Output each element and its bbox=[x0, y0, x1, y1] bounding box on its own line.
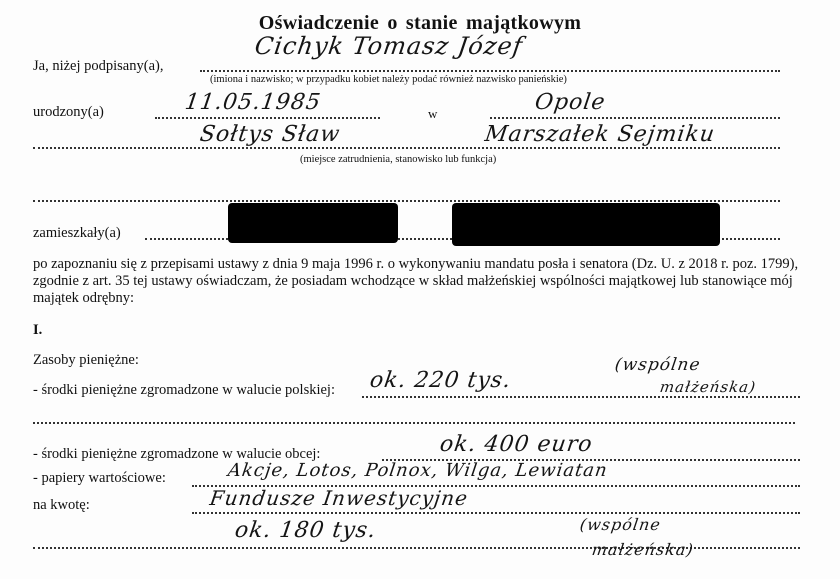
employment-line[interactable] bbox=[33, 147, 780, 149]
section-number: I. bbox=[33, 322, 42, 339]
extra-line[interactable] bbox=[33, 200, 780, 202]
born-place-handwriting: Opole bbox=[533, 90, 607, 115]
born-date-line[interactable] bbox=[155, 117, 380, 119]
name-hint: (imiona i nazwisko; w przypadku kobiet n… bbox=[210, 74, 567, 85]
pln-handwriting: ok. 220 tys. bbox=[368, 368, 513, 393]
name-handwriting: Cichyk Tomasz Józef bbox=[253, 32, 525, 60]
securities-handwriting: Akcje, Lotos, Polnox, Wilga, Lewiatan bbox=[227, 460, 610, 481]
redaction-block-2 bbox=[452, 203, 720, 246]
declaration-paragraph: po zapoznaniu się z przepisami ustawy z … bbox=[33, 256, 813, 307]
pln-note-2: małżeńska) bbox=[659, 378, 758, 396]
amount-note-1: (wspólne bbox=[579, 515, 663, 534]
section-title: Zasoby pieniężne: bbox=[33, 352, 139, 369]
born-place-line[interactable] bbox=[490, 117, 780, 119]
amount-label: na kwotę: bbox=[33, 497, 90, 514]
name-field-line[interactable] bbox=[200, 70, 780, 72]
born-date-handwriting: 11.05.1985 bbox=[183, 90, 322, 115]
redaction-block-1 bbox=[228, 203, 398, 243]
born-label: urodzony(a) bbox=[33, 104, 104, 121]
amount-handwriting-2: ok. 180 tys. bbox=[233, 518, 378, 543]
amount-handwriting-1: Fundusze Inwestycyjne bbox=[208, 486, 469, 510]
pln-label: - środki pieniężne zgromadzone w walucie… bbox=[33, 382, 335, 399]
employment-handwriting-right: Marszałek Sejmiku bbox=[483, 122, 716, 147]
name-label: Ja, niżej podpisany(a), bbox=[33, 58, 163, 75]
securities-label: - papiery wartościowe: bbox=[33, 470, 166, 487]
foreign-handwriting: ok. 400 euro bbox=[438, 432, 594, 457]
employment-handwriting-left: Sołtys Sław bbox=[198, 122, 342, 147]
amount-line[interactable] bbox=[192, 512, 800, 514]
pln-extra-line[interactable] bbox=[33, 422, 795, 424]
pln-line[interactable] bbox=[362, 396, 800, 398]
employment-hint: (miejsce zatrudnienia, stanowisko lub fu… bbox=[300, 154, 496, 165]
amount-note-2: małżeńska) bbox=[591, 540, 695, 559]
born-in-label: w bbox=[428, 106, 437, 122]
pln-note-1: (wspólne bbox=[614, 355, 702, 375]
residence-label: zamieszkały(a) bbox=[33, 225, 121, 242]
